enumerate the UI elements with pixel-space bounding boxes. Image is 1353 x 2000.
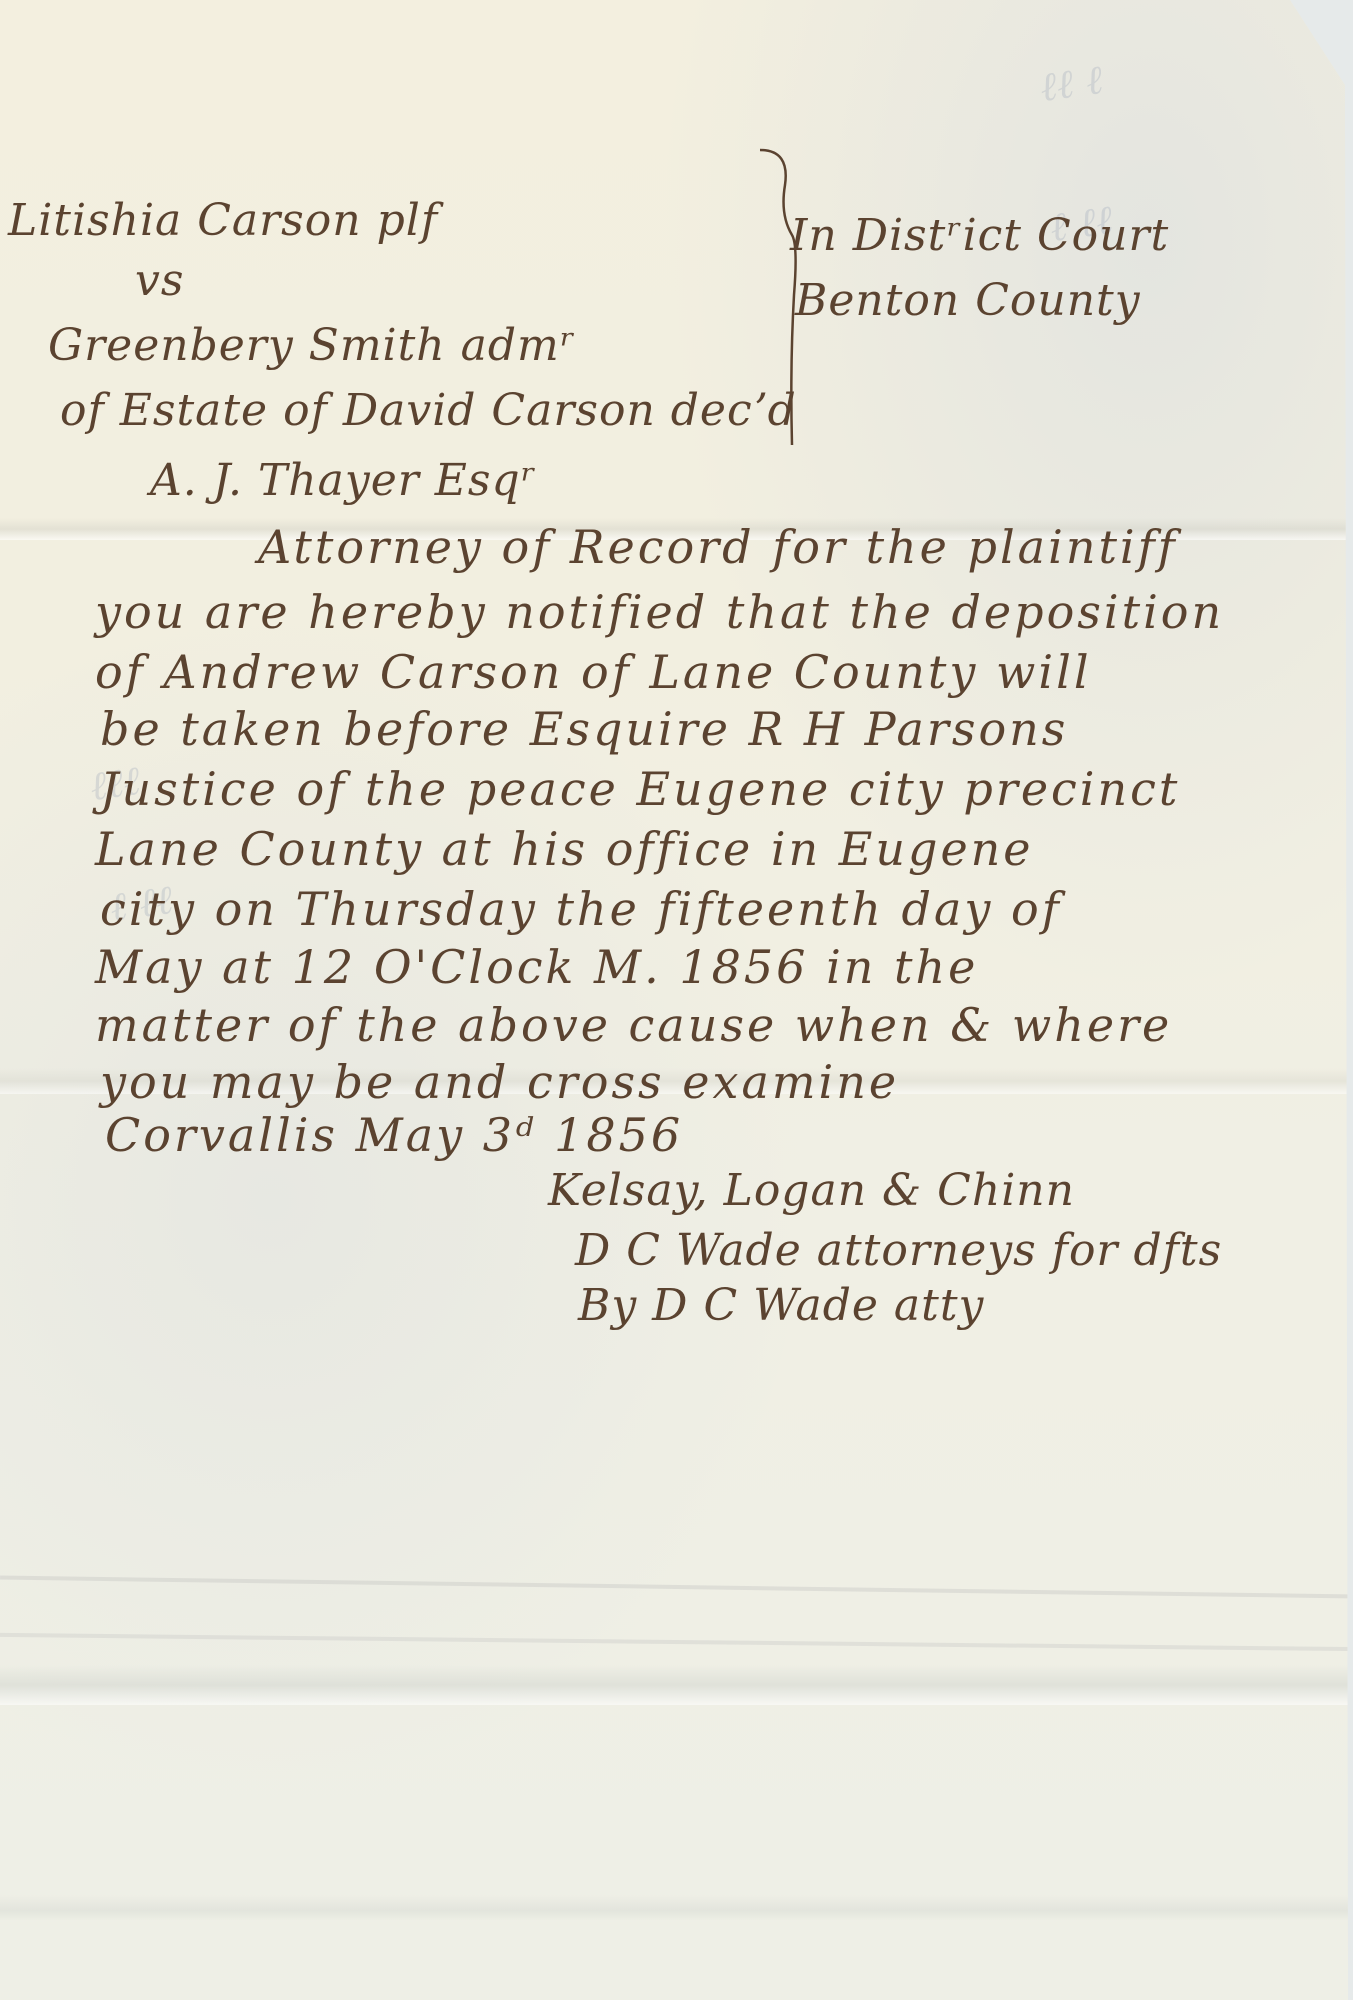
paper-fold [0,1895,1353,1921]
notice-line: May at 12 O'Clock M. 1856 in the [95,940,978,994]
signature-by: By D C Wade atty [578,1280,984,1331]
notice-line: be taken before Esquire R H Parsons [100,702,1068,756]
court-name: In Distʳict Court [790,210,1169,261]
paper-crease [0,1576,1353,1599]
notice-dateline: Corvallis May 3ᵈ 1856 [105,1108,683,1162]
notice-line: you may be and cross examine [100,1055,899,1109]
notice-line: Justice of the peace Eugene city precinc… [100,762,1180,816]
bleed-through-marks: ℓℓ ℓ [1037,56,1106,111]
paper-crease [0,1633,1353,1651]
notice-line: city on Thursday the fifteenth day of [100,882,1062,936]
notice-line: matter of the above cause when & where [95,998,1172,1052]
notice-line: you are hereby notified that the deposit… [95,585,1224,639]
caption-defendant-estate: of Estate of David Carson decʼd [60,385,797,436]
notice-line: Attorney of Record for the plaintiff [258,520,1178,574]
paper-fold [0,1665,1353,1705]
court-county: Benton County [795,275,1141,326]
caption-defendant: Greenbery Smith admʳ [48,320,576,371]
notice-line: Lane County at his office in Eugene [95,822,1034,876]
caption-bracket [760,145,800,445]
caption-versus: vs [135,255,184,306]
notice-addressee: A. J. Thayer Esqʳ [150,455,537,506]
signature-firm: Kelsay, Logan & Chinn [548,1165,1075,1216]
signature-attorneys: D C Wade attorneys for dfts [575,1225,1222,1276]
caption-plaintiff: Litishia Carson plf [8,195,438,246]
notice-line: of Andrew Carson of Lane County will [95,645,1092,699]
document-page: ℓℓ ℓ ℓ ℓℓ ℓℓℓ ℓ ℓℓ Litishia Carson plf v… [0,0,1353,2000]
